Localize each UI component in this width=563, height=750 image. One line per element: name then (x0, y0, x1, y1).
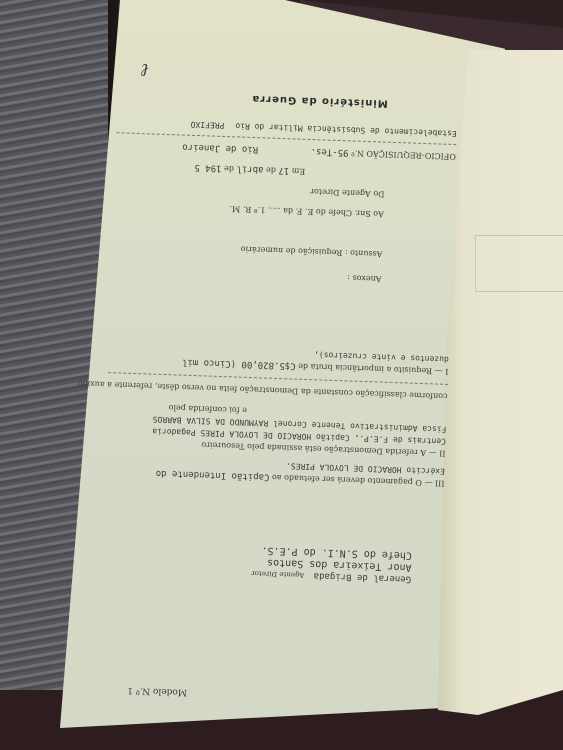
paragraph-1-amount: C$5.820,00 (Cinco mil (182, 357, 296, 371)
paragraph-3-payee: Capitão Intendente do (156, 468, 270, 482)
date-de: de (224, 164, 234, 173)
upside-down-document: Modelo N.º 1 General de Brigada Agente D… (97, 54, 459, 705)
date-month: abril (236, 163, 263, 174)
date-year: 194 5 (194, 162, 221, 173)
date-prefix: Em (292, 166, 306, 175)
signature-note: Agente Diretor (251, 569, 304, 579)
oficio-number: 95-Tes. (310, 146, 348, 157)
paragraph-1-lead: I — Requisito a importância bruta de (298, 362, 448, 376)
paragraph-3-lead: III — O pagamento deverá ser efetuado ao (272, 473, 445, 488)
prefix-label: PREFIXO (191, 120, 225, 130)
signature-line-1: General de Brigada (313, 570, 411, 583)
establishment-line: Estabelecimento de Subsistência Militar … (235, 121, 457, 138)
city: Rio de Janeiro (182, 142, 258, 155)
date-day: 17 (278, 165, 289, 175)
oficio-label: OFICIO-REQUISIÇÃO N.º (351, 148, 456, 161)
date-de: de (266, 165, 276, 174)
faint-stamp-box (475, 235, 563, 292)
handwritten-mark: ℓ (141, 59, 149, 80)
